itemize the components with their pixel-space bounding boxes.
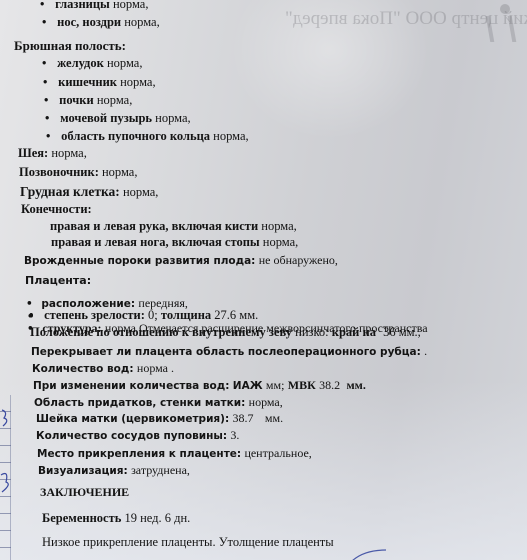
field-value: норма, <box>102 165 138 179</box>
list-item-nose: нос, ноздри норма, <box>42 15 160 30</box>
field-malformations: Врожденные пороки развития плода: не обн… <box>24 253 338 268</box>
list-item-stomach: желудок норма, <box>42 56 142 71</box>
section-heading-limbs: Конечности: <box>21 202 92 217</box>
field-value: . <box>424 344 427 358</box>
item-value: 0; <box>148 308 158 322</box>
list-item-kidneys: почки норма, <box>44 93 132 108</box>
thickness-label: толщина <box>161 308 211 322</box>
field-value: низко: <box>295 325 328 339</box>
list-item-arms: правая и левая рука, включая кисти норма… <box>50 219 297 234</box>
item-value: норма, <box>263 235 299 249</box>
list-item-legs: правая и левая нога, включая стопы норма… <box>51 235 298 250</box>
field-cord-vessels: Количество сосудов пуповины: 3. <box>36 428 239 443</box>
field-value: центральное, <box>244 446 311 460</box>
field-value: норма, <box>51 146 87 160</box>
mvk-label: МВК <box>288 378 316 392</box>
field-value: затруднена, <box>131 463 190 477</box>
field-label: Врожденные пороки развития плода: <box>24 255 255 267</box>
heading-text: Плацента: <box>25 274 91 287</box>
field-cervix: Шейка матки (цервикометрия): 38.7 мм. <box>36 411 283 426</box>
item-value: норма, <box>124 15 160 29</box>
list-item-intestine: кишечник норма, <box>43 75 156 90</box>
list-item-bladder: мочевой пузырь норма, <box>45 111 191 126</box>
field-value: норма, <box>123 185 159 199</box>
handwriting-mark-icon <box>0 400 14 500</box>
heading-text: ЗАКЛЮЧЕНИЕ <box>40 485 129 499</box>
item-value: норма, <box>120 75 156 89</box>
item-value: норма, <box>155 111 191 125</box>
field-label: Беременность <box>42 511 121 525</box>
field-label: Грудная клетка: <box>20 184 120 199</box>
item-label: правая и левая рука, включая кисти <box>50 219 258 233</box>
item-value: норма, <box>113 0 149 11</box>
list-item-orbits: глазницы норма, <box>40 0 148 12</box>
field-label: Положение по отношению к внутреннему зев… <box>30 325 292 339</box>
field-label: Количество вод: <box>32 363 134 375</box>
field-value: не обнаружено, <box>259 253 338 267</box>
item-label: правая и левая нога, включая стопы <box>51 235 260 249</box>
item-label: глазницы <box>55 0 110 11</box>
item-value: норма, <box>261 219 297 233</box>
list-item-umbilical-ring: область пупочного кольца норма, <box>46 129 249 144</box>
field-label: Перекрывает ли плацента область послеопе… <box>31 346 421 358</box>
field-chest: Грудная клетка: норма, <box>20 184 158 200</box>
item-value: норма, <box>107 56 143 70</box>
mvk-unit: мм. <box>347 378 366 392</box>
field-value: 38.7 <box>233 411 254 425</box>
list-item-maturity-thickness: степень зрелости: 0; толщина 27.6 мм. <box>29 308 258 323</box>
field-visualization: Визуализация: затруднена, <box>38 463 190 478</box>
item-label: кишечник <box>58 75 117 89</box>
field-scar-overlap: Перекрывает ли плацента область послеопе… <box>31 344 427 359</box>
conclusion-heading: ЗАКЛЮЧЕНИЕ <box>40 485 129 500</box>
field-pregnancy-term: Беременность 19 нед. 6 дн. <box>42 511 190 526</box>
item-label: мочевой пузырь <box>60 111 152 125</box>
field-value: 19 нед. 6 дн. <box>124 511 190 525</box>
field-label: Область придатков, стенки матки: <box>34 397 245 409</box>
ultrasound-report-page: Медицинский центр ООО "Пока вперед" глаз… <box>0 0 527 560</box>
show-through-logo-icon <box>490 4 520 44</box>
section-heading-placenta: Плацента: <box>25 274 91 287</box>
edge-label: край на <box>332 325 376 339</box>
item-label: почки <box>59 93 94 107</box>
field-value: норма . <box>137 361 174 375</box>
iazh-unit: мм; <box>266 378 285 392</box>
item-label: область пупочного кольца <box>61 129 210 143</box>
field-adnexa: Область придатков, стенки матки: норма, <box>34 395 283 410</box>
field-value: 3. <box>230 428 239 442</box>
field-fluid-amount: Количество вод: норма . <box>32 361 174 376</box>
item-value: норма, <box>213 129 249 143</box>
item-label: нос, ноздри <box>57 15 121 29</box>
field-label: Позвоночник: <box>19 165 99 179</box>
field-label: Место прикрепления к плаценте: <box>37 448 241 460</box>
mvk-value: 38.2 <box>319 378 340 392</box>
field-label: Количество сосудов пуповины: <box>36 430 227 442</box>
field-value: норма, <box>249 395 283 409</box>
item-label: желудок <box>57 56 104 70</box>
iazh-label: ИАЖ <box>233 380 263 392</box>
field-label: Визуализация: <box>38 465 128 477</box>
item-value: норма, <box>97 93 133 107</box>
field-label: При изменении количества вод: <box>33 380 229 392</box>
section-heading-abdomen: Брюшная полость: <box>14 38 126 54</box>
thickness-value: 27.6 мм. <box>214 308 258 322</box>
signature-stroke-icon <box>350 548 390 560</box>
item-label: степень зрелости: <box>44 308 145 322</box>
field-spine: Позвоночник: норма, <box>19 165 137 180</box>
field-os-position: Положение по отношению к внутреннему зев… <box>30 325 421 340</box>
edge-value: 36 мм., <box>383 325 421 339</box>
field-fluid-change: При изменении количества вод: ИАЖ мм; МВ… <box>33 378 366 393</box>
field-label: Шея: <box>18 146 48 160</box>
conclusion-findings: Низкое прикрепление плаценты. Утолщение … <box>42 535 334 550</box>
field-cord-insertion: Место прикрепления к плаценте: центральн… <box>37 446 312 461</box>
field-unit: мм. <box>265 411 283 425</box>
field-neck: Шея: норма, <box>18 146 87 161</box>
field-label: Шейка матки (цервикометрия): <box>36 413 229 425</box>
